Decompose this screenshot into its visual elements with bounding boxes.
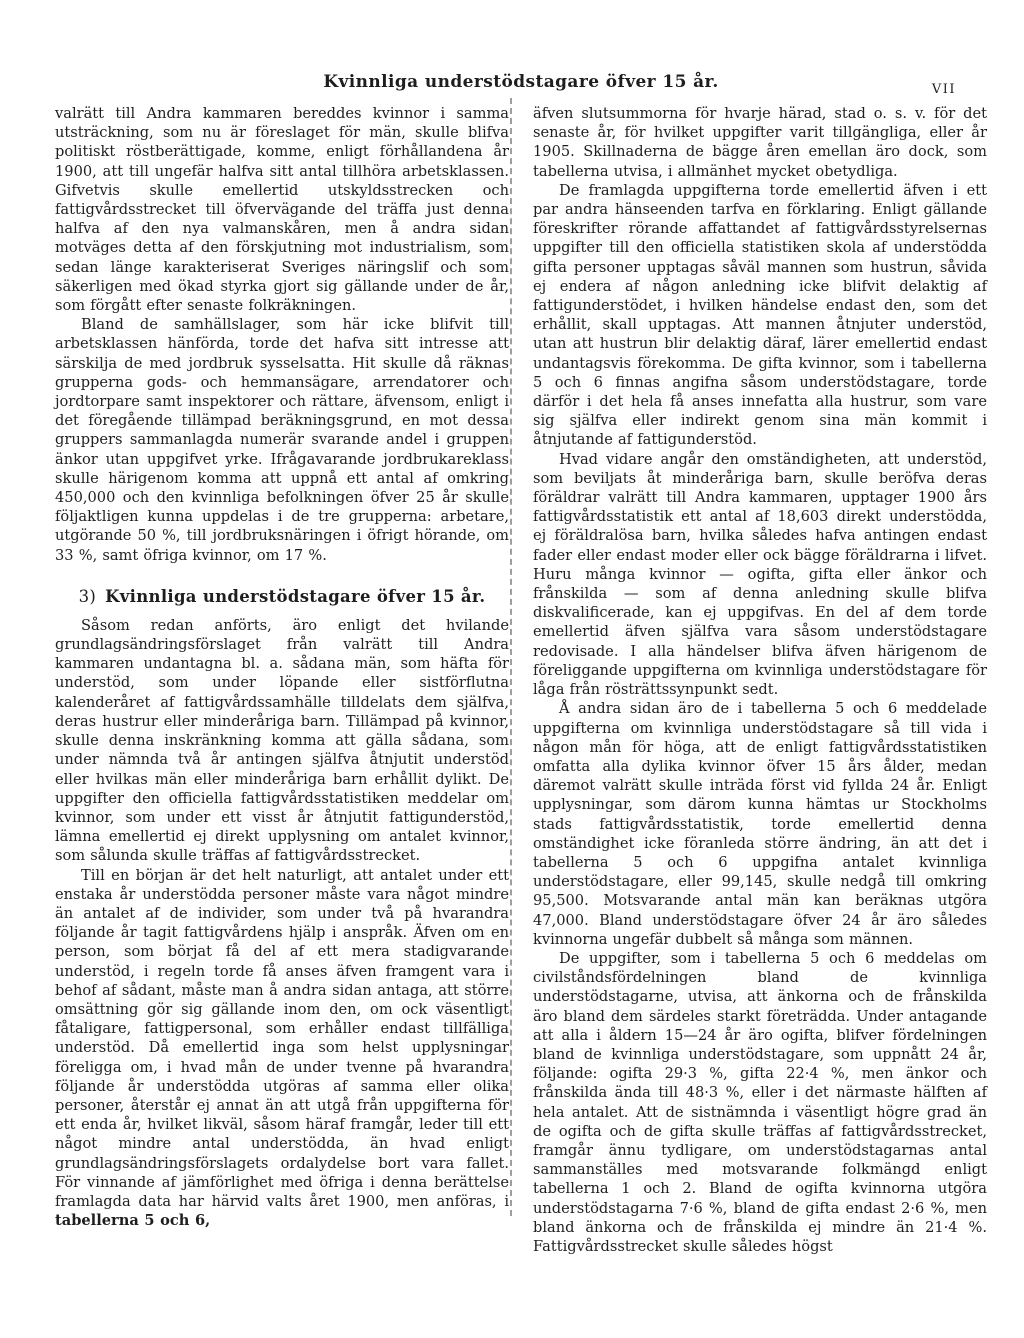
right-column: äfven slutsummorna för hvarje härad, sta… bbox=[533, 104, 987, 1256]
left-column: valrätt till Andra kammaren bereddes kvi… bbox=[55, 104, 509, 1256]
section-number: 3) bbox=[79, 587, 97, 606]
paragraph-text: Såsom redan anförts, äro enligt det hvil… bbox=[55, 617, 509, 864]
section-title: Kvinnliga understödstagare öfver 15 år. bbox=[105, 587, 485, 606]
document-page: Kvinnliga understödstagare öfver 15 år. … bbox=[0, 0, 1024, 1338]
text-columns: valrätt till Andra kammaren bereddes kvi… bbox=[55, 104, 987, 1256]
paragraph: Till en början är det helt naturligt, at… bbox=[55, 866, 509, 1231]
paragraph: De framlagda uppgifterna torde emellerti… bbox=[533, 181, 987, 450]
bold-table-reference: tabellerna 5 och 6, bbox=[55, 1212, 210, 1229]
page-number: VII bbox=[932, 82, 956, 97]
paragraph: Såsom redan anförts, äro enligt det hvil… bbox=[55, 616, 509, 866]
paragraph: Bland de samhällslager, som här icke bli… bbox=[55, 315, 509, 565]
paragraph: Å andra sidan äro de i tabellerna 5 och … bbox=[533, 699, 987, 949]
paragraph-text: Till en början är det helt naturligt, at… bbox=[55, 867, 509, 1210]
section-heading: 3)Kvinnliga understödstagare öfver 15 år… bbox=[55, 586, 509, 607]
paragraph-continuation: valrätt till Andra kammaren bereddes kvi… bbox=[55, 104, 509, 315]
paragraph-continuation: äfven slutsummorna för hvarje härad, sta… bbox=[533, 104, 987, 181]
paragraph: De uppgifter, som i tabellerna 5 och 6 m… bbox=[533, 949, 987, 1256]
paragraph: Hvad vidare angår den omständigheten, at… bbox=[533, 450, 987, 700]
running-header-title: Kvinnliga understödstagare öfver 15 år. bbox=[55, 72, 987, 92]
